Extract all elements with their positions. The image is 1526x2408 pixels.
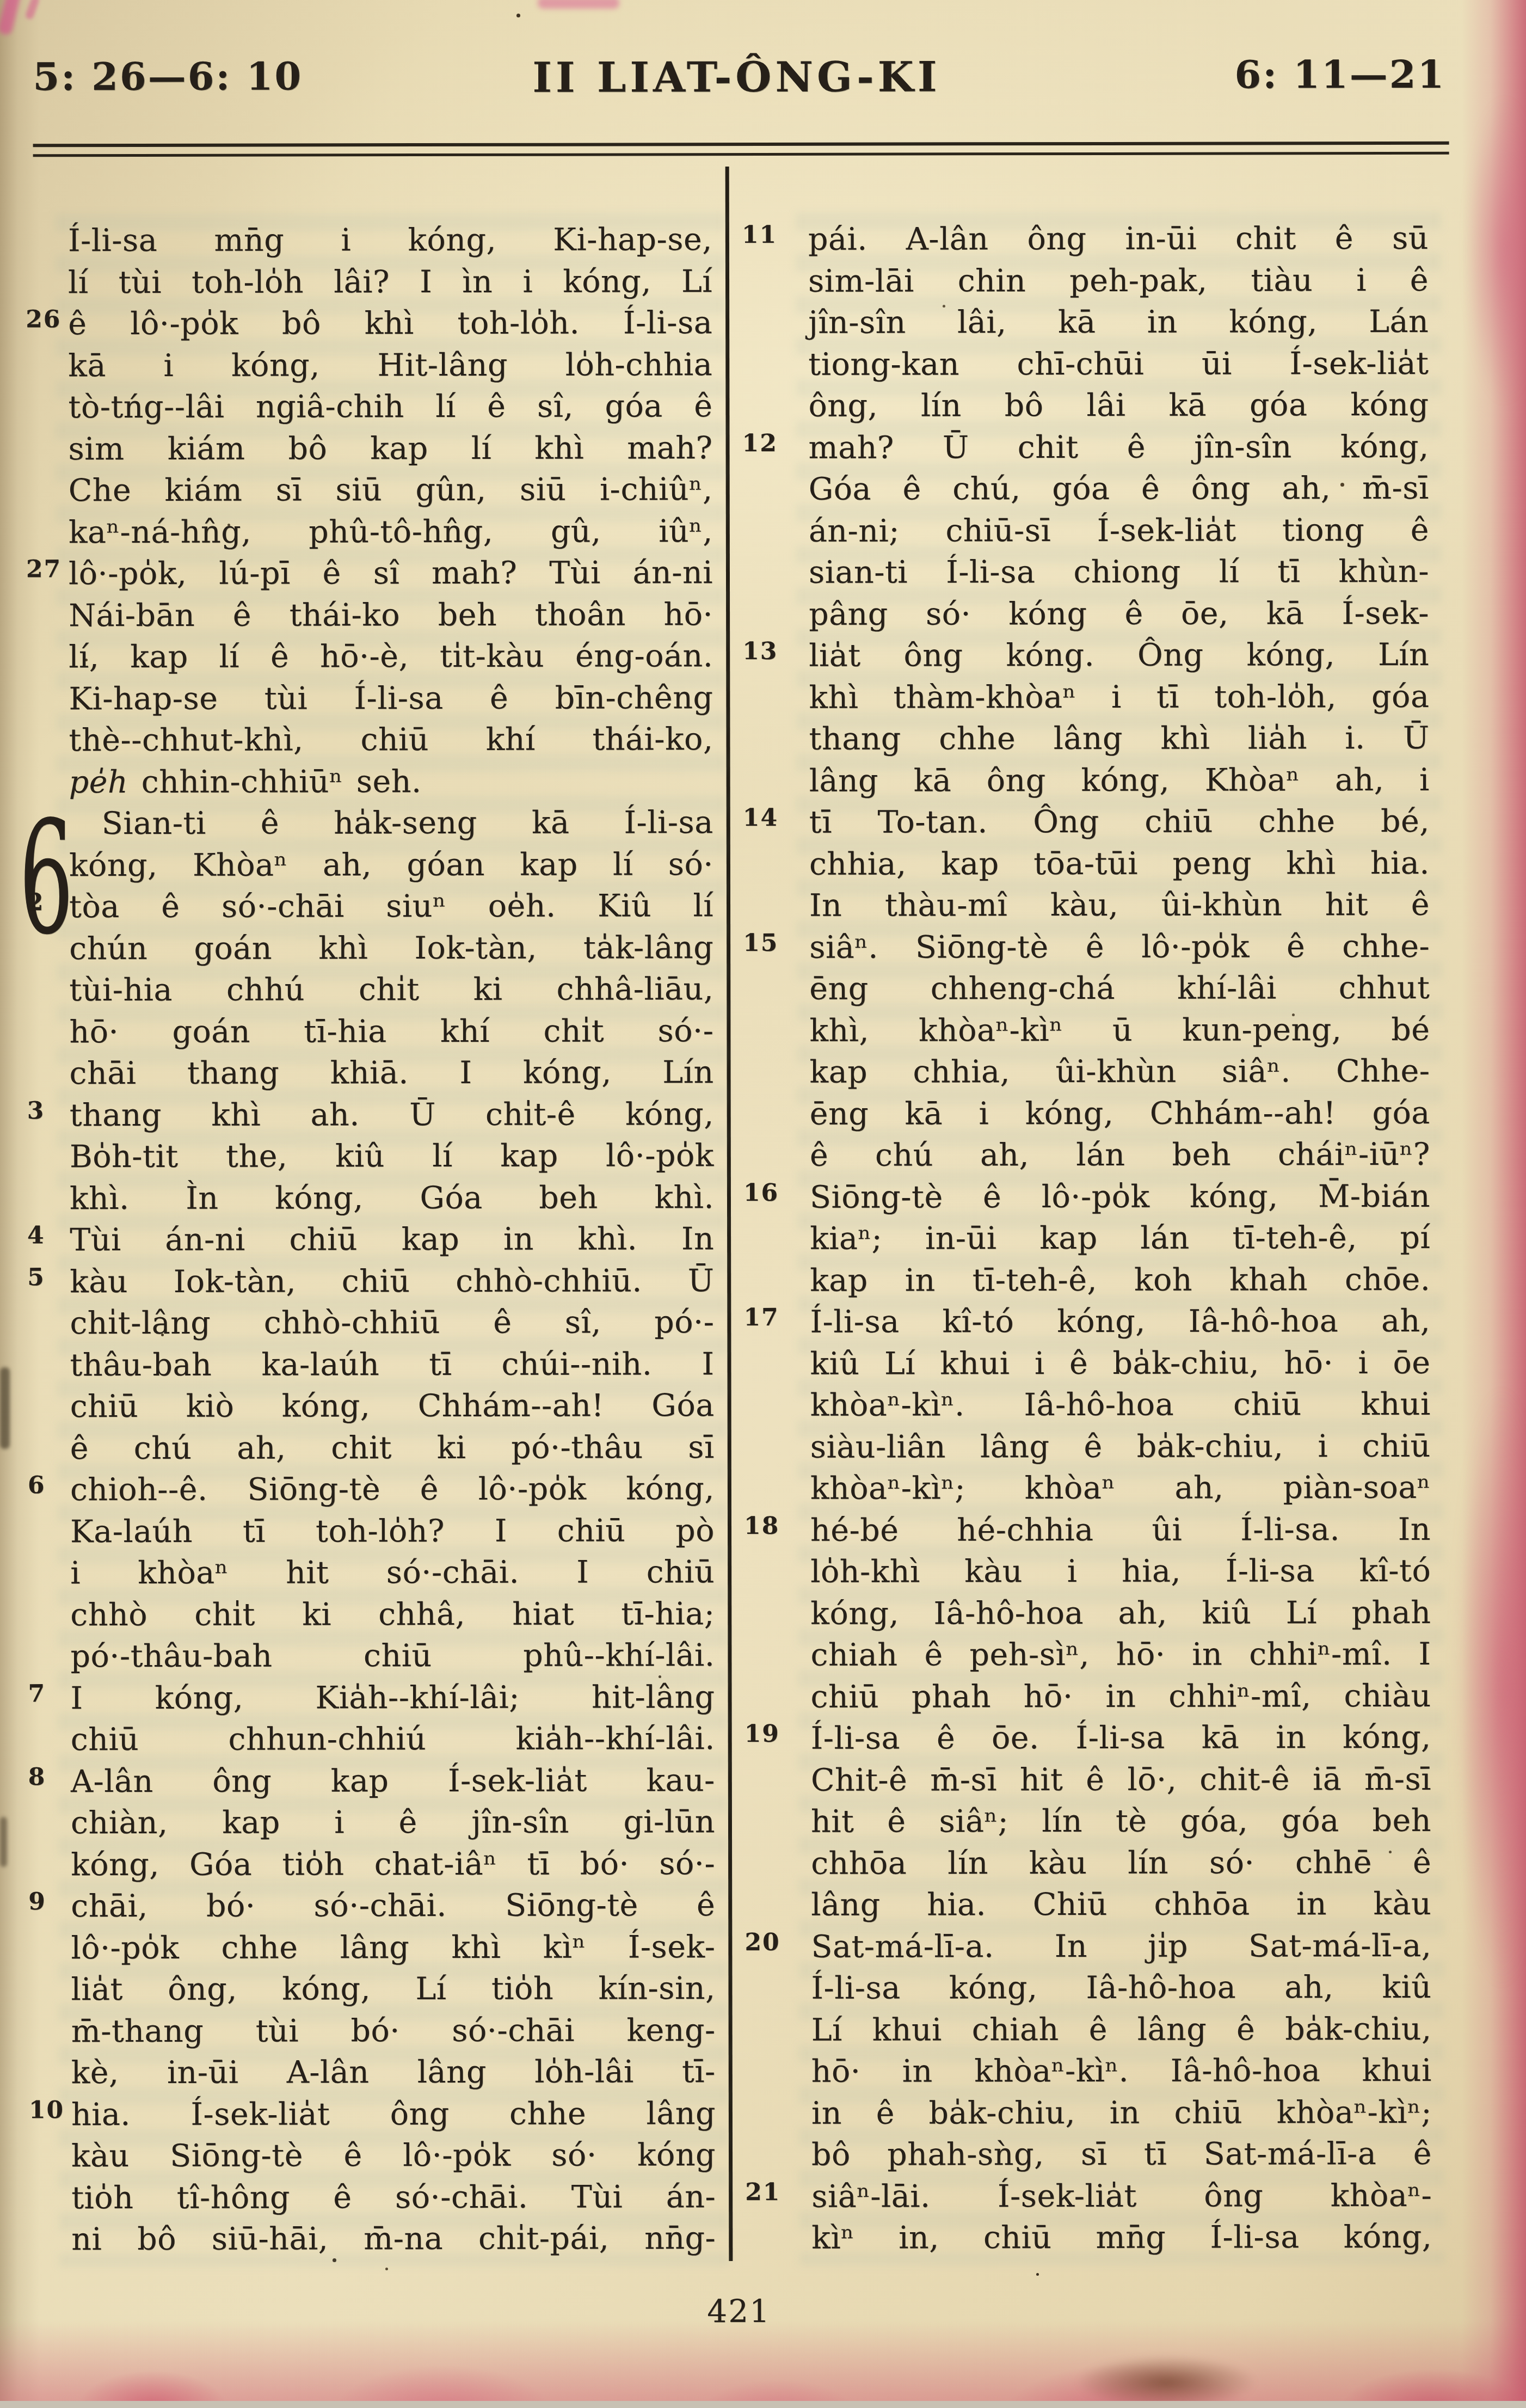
verse-number: 6 [28,1473,67,1497]
verse-line: kap in tī-teh-ê, koh khah chōe. [810,1258,1430,1301]
verse-line: 26ê lô·-po̍k bô khì toh-lo̍h. Í-li-sa [68,302,712,345]
verse-line: kā i kóng, Hit-lâng lo̍h-chhia [68,344,712,387]
verse-line: Chit-ê m̄-sī hit ê lō·, chit-ê iā m̄-sī [811,1758,1431,1801]
verse-number: 2 [27,890,66,914]
verse-number: 4 [27,1224,66,1248]
verse-line: 7I kóng, Kia̍h--khí-lâi; hit-lâng [71,1676,715,1719]
verse-line: lâng kā ông kóng, Khòaⁿ ah, i [809,759,1430,801]
verse-line: kóng, Góa tio̍h chat-iâⁿ tī bó· só·- [71,1843,715,1886]
verse-line: ê chú ah, lán beh cháiⁿ-iūⁿ? [810,1134,1430,1176]
verse-number: 10 [29,2098,68,2122]
verse-number: 12 [742,431,782,455]
verse-line: hō· goán tī-hia khí chi̍t só·- [69,1010,713,1053]
verse-number: 21 [745,2180,784,2204]
verse-number: 26 [26,308,65,331]
verse-number: 8 [28,1765,67,1789]
verse-line: sim-lāi chin peh-pak, tiàu i ê [808,259,1429,302]
verse-number: 14 [743,806,782,830]
verse-line: 10hia. Í-sek-lia̍t ông chhe lâng [71,2093,716,2136]
verse-line: chún goán khì Iok-tàn, ta̍k-lâng [69,927,713,970]
verse-line: In thàu-mî kàu, ûi-khùn hit ê [809,884,1430,926]
verse-number: 13 [742,640,782,664]
verse-line: ēng chheng-chá khí-lâi chhut [809,967,1430,1010]
verse-line: chhò chi̍t ki chhâ, hiat tī-hia; [70,1593,715,1636]
verse-line: khì, khòaⁿ-kìⁿ ū kun-peng, bé [809,1009,1430,1051]
verse-line: lâng hia. Chiū chhōa in kàu [811,1883,1431,1926]
scanned-book-page: 5: 26—6: 10 II LIAT-ÔNG-KI 6: 11—21 6 Í-… [0,0,1526,2408]
verse-line: 8A-lân ông kap Í-sek-lia̍t kau- [71,1760,715,1803]
verse-number: 18 [744,1514,783,1538]
page-number: 421 [692,2293,785,2330]
verse-line: ông, lín bô lâi kā góa kóng [808,384,1429,427]
verse-line: Ki-hap-se tùi Í-li-sa ê bīn-chêng [69,677,713,720]
verse-line: m̄-thang tùi bó· só·-chāi keng- [71,2010,716,2053]
verse-line: 21siâⁿ-lāi. Í-sek-lia̍t ông khòaⁿ- [811,2174,1432,2217]
verse-line: thè--chhut-khì, chiū khí thái-ko, [69,718,713,761]
verse-line: kiû Lí khui i ê ba̍k-chiu, hō· i ōe [810,1342,1430,1384]
verse-line: kàu Siōng-tè ê lô·-po̍k só· kóng [71,2134,716,2177]
verse-line: kap chhia, ûi-khùn siâⁿ. Chhe- [810,1051,1430,1093]
verse-line: Nái-bān ê thái-ko beh thoân hō· [69,594,713,637]
verse-line: sim kiám bô kap lí khì mah? [69,427,713,470]
header-verse-range-left: 5: 26—6: 10 [33,57,303,96]
verse-number: 5 [27,1266,66,1289]
verse-line: hit ê siâⁿ; lín tè góa, góa beh [811,1800,1431,1842]
verse-line: lô·-po̍k chhe lâng khì kìⁿ Í-sek- [71,1926,715,1969]
verse-line: 19Í-li-sa ê ōe. Í-li-sa kā in kóng, [811,1717,1431,1759]
verse-line: khòaⁿ-kìⁿ; khòaⁿ ah, piàn-soaⁿ [810,1467,1431,1509]
verse-line: lí, kap lí ê hō·-è, ti̍t-kàu éng-oán. [69,635,713,678]
verse-line: ê chú ah, chit ki pó·-thâu sī [70,1427,715,1470]
verse-line: 4Tùi án-ni chiū kap in khì. In [70,1218,714,1261]
verse-line: 13lia̍t ông kóng. Ông kóng, Lín [809,634,1429,677]
verse-line: khì. Ìn kóng, Góa beh khì. [70,1177,714,1220]
verse-line: in ê ba̍k-chiu, in chiū khòaⁿ-kìⁿ; [811,2091,1432,2134]
verse-line: pe̍h chhin-chhiūⁿ seh. [69,760,713,803]
verse-line: thâu-bah ka-laúh tī chúi--nih. I [70,1343,714,1386]
verse-line: 20Sat-má-lī-a. In ji̍p Sat-má-lī-a, [811,1925,1431,1967]
verse-line: tùi-hia chhú chi̍t ki chhâ-liāu, [69,968,713,1011]
verse-line: chiū kiò kóng, Chhám--ah! Góa [70,1385,715,1428]
verse-line: Í-li-sa mn̄g i kóng, Ki-hap-se, [68,219,712,262]
verse-line: 11pái. A-lân ông in-ūi chit ê sū [808,218,1429,260]
column-divider-rule [725,167,733,2261]
chapter-number: 6 [19,801,74,956]
verse-line: 15siâⁿ. Siōng-tè ê lô·-po̍k ê chhe- [809,925,1430,968]
verse-line: 16Siōng-tè ê lô·-po̍k kóng, M̄-bián [810,1175,1430,1218]
verse-number: 9 [28,1890,67,1914]
verse-line: lo̍h-khì kàu i hia, Í-li-sa kî-tó [810,1550,1431,1593]
verse-number: 27 [26,557,65,581]
verse-line: chiū phah hō· in chhiⁿ-mî, chiàu [811,1675,1431,1717]
verse-line: kóng, Khòaⁿ ah, góan kap lí só· [69,844,713,887]
text-column-left: 6 Í-li-sa mn̄g i kóng, Ki-hap-se,lí tùi … [68,219,716,2260]
verse-line: bô phah-sǹg, sī tī Sat-má-lī-a ê [811,2133,1432,2176]
page-content: 5: 26—6: 10 II LIAT-ÔNG-KI 6: 11—21 6 Í-… [0,0,1526,2408]
verse-line: 5kàu Iok-tàn, chiū chhò-chhiū. Ū [70,1260,714,1303]
verse-line: 12mah? Ū chit ê jîn-sîn kóng, [809,426,1429,468]
verse-line: lí tùi toh-lo̍h lâi? I ìn i kóng, Lí [68,261,712,304]
verse-line: kiaⁿ; in-ūi kap lán tī-teh-ê, pí [810,1217,1430,1260]
verse-line: 9chāi, bó· só·-chāi. Siōng-tè ê [71,1884,715,1927]
verse-line: hō· in khòaⁿ-kìⁿ. Iâ-hô-hoa khui [811,2050,1432,2092]
verse-line: chhia, kap tōa-tūi peng khì hia. [809,842,1430,884]
verse-line: chhōa lín kàu lín só· chhē ê [811,1841,1431,1884]
verse-line: ēng kā i kóng, Chhám--ah! góa [810,1092,1430,1134]
verse-line: 18hé-bé hé-chhia ûi Í-li-sa. In [810,1508,1431,1551]
verse-line: lia̍t ông, kóng, Lí tio̍h kín-sin, [71,1968,715,2011]
verse-line: tiong-kan chī-chūi ūi Í-sek-lia̍t [808,342,1429,385]
verse-number: 19 [744,1722,784,1746]
verse-line: tò-tńg--lâi ngiâ-chih lí ê sî, góa ê [68,385,712,428]
verse-line: Lí khui chiah ê lâng ê ba̍k-chiu, [811,2008,1432,2050]
verse-line: 6chioh--ê. Siōng-tè ê lô·-po̍k kóng, [70,1468,715,1511]
verse-number: 11 [742,223,781,247]
verse-line: kaⁿ-ná-hn̂g, phû-tô-hn̂g, gû, iûⁿ, [69,511,713,554]
verse-line: sian-ti Í-li-sa chiong lí tī khùn- [809,551,1429,593]
verse-number: 20 [744,1930,784,1954]
verse-line: chiàn, kap i ê jîn-sîn gi-lūn [71,1801,715,1844]
verse-number: 16 [743,1181,783,1205]
verse-line: jîn-sîn lâi, kā in kóng, Lán [808,301,1429,343]
italic-word: pe̍h [69,764,128,800]
verse-line: Che kiám sī siū gûn, siū i-chiûⁿ, [69,469,713,512]
verse-line: chiah ê peh-sìⁿ, hō· in chhiⁿ-mî. I [810,1633,1431,1676]
verse-line: siàu-liân lâng ê ba̍k-chiu, i chiū [810,1425,1431,1467]
verse-line: 27lô·-po̍k, lú-pī ê sî mah? Tùi án-ni [69,552,713,595]
verse-line: ni bô siū-hāi, m̄-na chi̍t-pái, nn̄g- [71,2217,716,2260]
verse-line: i khòaⁿ hit só·-chāi. I chiū [70,1551,715,1594]
verse-line: khòaⁿ-kìⁿ. Iâ-hô-hoa chiū khui [810,1384,1431,1426]
header-double-rule [33,142,1449,157]
verse-number: 17 [743,1306,783,1330]
verse-line: pó·-thâu-bah chiū phû--khí-lâi. [70,1635,715,1678]
verse-line: chi̍t-lâng chhò-chhiū ê sî, pó·- [70,1301,714,1344]
verse-line: tio̍h tî-hông ê só·-chāi. Tùi án- [71,2176,716,2219]
verse-line: 3thang khì ah. Ū chi̍t-ê kóng, [70,1094,714,1137]
verse-line: kóng, Iâ-hô-hoa ah, kiû Lí phah [810,1592,1431,1634]
verse-number: 3 [27,1099,66,1123]
verse-line: kè, in-ūi A-lân lâng lo̍h-lâi tī- [71,2051,716,2094]
verse-line: 17Í-li-sa kî-tó kóng, Iâ-hô-hoa ah, [810,1300,1430,1343]
page-title: II LIAT-ÔNG-KI [532,56,940,98]
verse-line: chiū chhun-chhiú kia̍h--khí-lâi. [71,1718,715,1761]
verse-line: án-ni; chiū-sī Í-sek-lia̍t tiong ê [809,509,1429,551]
verse-line: thang chhe lâng khì lia̍h i. Ū [809,717,1429,760]
verse-line: Í-li-sa kóng, Iâ-hô-hoa ah, kiû [811,1967,1431,2009]
verse-line: kìⁿ in, chiū mn̄g Í-li-sa kóng, [811,2216,1432,2259]
verse-line: 14tī To-tan. Ông chiū chhe bé, [809,801,1430,843]
verse-line: pâng só· kóng ê ōe, kā Í-sek- [809,592,1429,635]
verse-line: 2tòa ê só·-chāi siuⁿ oe̍h. Kiû lí [69,885,713,928]
verse-line: Ka-laúh tī toh-lo̍h? I chiū pò [70,1510,715,1553]
verse-line: Sian-ti ê ha̍k-seng kā Í-li-sa [69,802,713,845]
text-column-right: 11pái. A-lân ông in-ūi chit ê sūsim-lāi … [808,218,1432,2259]
verse-number: 15 [743,931,782,955]
verse-line: Góa ê chú, góa ê ông ah, m̄-sī [809,468,1429,510]
header-verse-range-right: 6: 11—21 [1234,56,1445,94]
verse-number: 7 [28,1682,67,1706]
verse-line: khì thàm-khòaⁿ i tī toh-lo̍h, góa [809,675,1429,718]
verse-line: Bo̍h-tit the, kiû lí kap lô·-po̍k [70,1135,714,1178]
verse-line: chāi thang khiā. I kóng, Lín [70,1052,714,1095]
